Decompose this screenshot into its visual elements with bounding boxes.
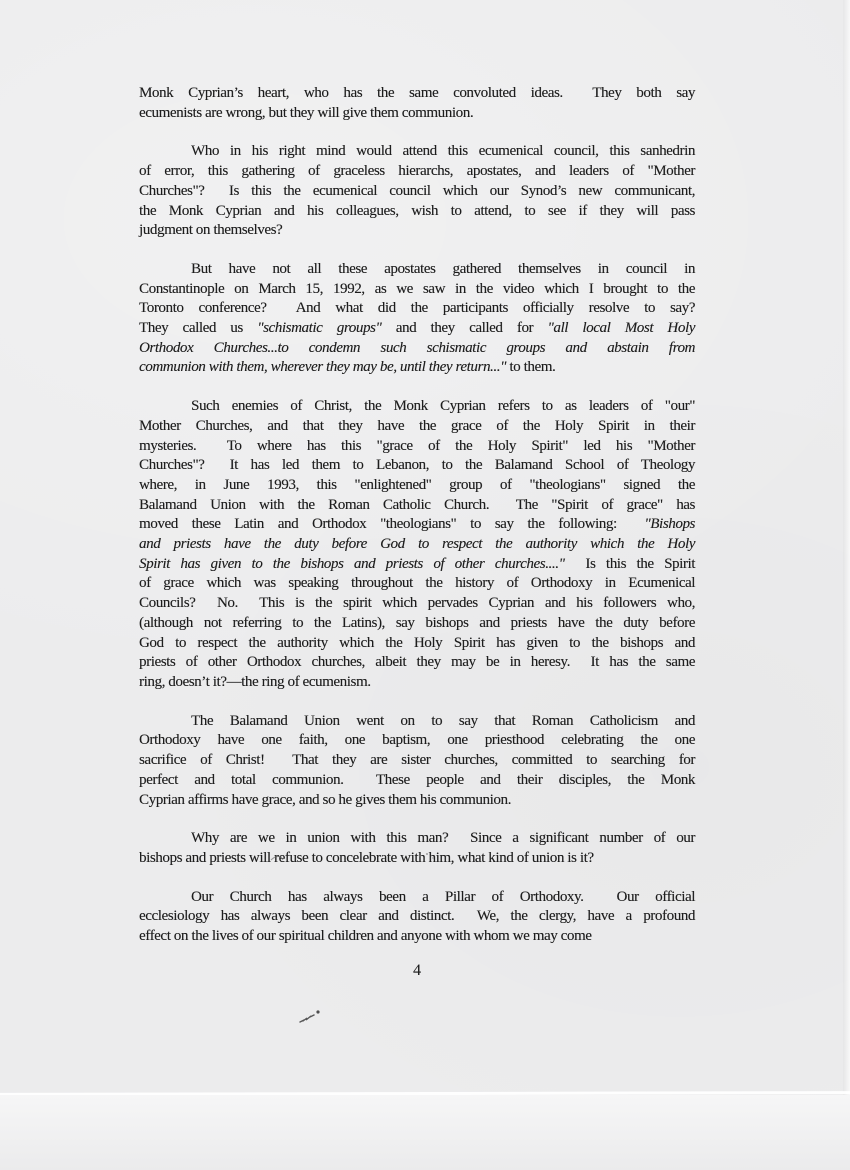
text-line: the Monk Cyprian and his colleagues, wis… (139, 202, 695, 222)
quoted-italic-text: "Bishops (644, 516, 695, 532)
quoted-italic-text: communion with them, wherever they may b… (139, 359, 506, 375)
quoted-italic-text: "schismatic groups" (257, 320, 381, 336)
text-line: Mother Churches, and that they have the … (139, 417, 695, 437)
body-text: Monk Cyprian’s heart, who has the same c… (139, 85, 695, 101)
text-line: (although not referring to the Latins), … (139, 614, 695, 634)
paragraph: Such enemies of Christ, the Monk Cyprian… (139, 397, 695, 693)
text-line: ring, doesn’t it?—the ring of ecumenism. (139, 673, 695, 693)
body-text: ring, doesn’t it?—the ring of ecumenism. (139, 674, 371, 690)
body-text: of error, this gathering of graceless hi… (139, 163, 695, 179)
body-text: But have not all these apostates gathere… (191, 261, 695, 277)
text-line: Churches"? Is this the ecumenical counci… (139, 182, 695, 202)
body-text: They called us (139, 320, 257, 336)
paragraph: Monk Cyprian’s heart, who has the same c… (139, 84, 695, 123)
text-line: mysteries. To where has this "grace of t… (139, 437, 695, 457)
text-line: God to respect the authority which the H… (139, 634, 695, 654)
text-line: Constantinople on March 15, 1992, as we … (139, 280, 695, 300)
text-line: Cyprian affirms have grace, and so he gi… (139, 791, 695, 811)
body-text: the Monk Cyprian and his colleagues, wis… (139, 203, 695, 219)
text-line: judgment on themselves? (139, 221, 695, 241)
body-text: God to respect the authority which the H… (139, 635, 695, 651)
body-text: Toronto conference? And what did the par… (139, 300, 695, 316)
text-line: ecumenists are wrong, but they will give… (139, 104, 695, 124)
body-text: (although not referring to the Latins), … (139, 615, 695, 631)
body-text: judgment on themselves? (139, 222, 282, 238)
body-text: mysteries. To where has this "grace of t… (139, 438, 695, 454)
text-line: But have not all these apostates gathere… (139, 260, 695, 280)
body-text: Why are we in union with this man? Since… (191, 830, 695, 846)
body-text: where, in June 1993, this "enlightened" … (139, 477, 695, 493)
text-line: Who in his right mind would attend this … (139, 142, 695, 162)
body-text: Mother Churches, and that they have the … (139, 418, 695, 434)
text-block: Monk Cyprian’s heart, who has the same c… (139, 84, 695, 947)
body-text: Councils? No. This is the spirit which p… (139, 595, 695, 611)
text-line: moved these Latin and Orthodox "theologi… (139, 515, 695, 535)
quoted-italic-text: and priests have the duty before God to … (139, 536, 695, 552)
body-text: sacrifice of Christ! That they are siste… (139, 752, 695, 768)
body-text: Is this the Spirit (565, 556, 696, 572)
body-text: Churches"? It has led them to Lebanon, t… (139, 457, 695, 473)
body-text: Orthodoxy have one faith, one baptism, o… (139, 732, 695, 748)
text-line: effect on the lives of our spiritual chi… (139, 927, 695, 947)
text-line: Churches"? It has led them to Lebanon, t… (139, 456, 695, 476)
body-text: to them. (506, 359, 555, 375)
paragraph: Who in his right mind would attend this … (139, 142, 695, 241)
text-line: Orthodoxy have one faith, one baptism, o… (139, 731, 695, 751)
paragraph: Our Church has always been a Pillar of O… (139, 888, 695, 947)
quoted-italic-text: "all local Most Holy (547, 320, 695, 336)
text-line: of grace which was speaking throughout t… (139, 574, 695, 594)
text-line: ecclesiology has always been clear and d… (139, 907, 695, 927)
body-text: priests of other Orthodox churches, albe… (139, 654, 695, 670)
body-text: Cyprian affirms have grace, and so he gi… (139, 792, 511, 808)
body-text: Balamand Union with the Roman Catholic C… (139, 497, 695, 513)
body-text: of grace which was speaking throughout t… (139, 575, 695, 591)
text-line: communion with them, wherever they may b… (139, 358, 695, 378)
paragraph: But have not all these apostates gathere… (139, 260, 695, 378)
body-text: ecclesiology has always been clear and d… (139, 908, 695, 924)
text-line: Spirit has given to the bishops and prie… (139, 555, 695, 575)
scanner-background (0, 1095, 850, 1170)
body-text: Our Church has always been a Pillar of O… (191, 889, 695, 905)
text-line: Why are we in union with this man? Since… (139, 829, 695, 849)
quoted-italic-text: Spirit has given to the bishops and prie… (139, 556, 565, 572)
text-line: where, in June 1993, this "enlightened" … (139, 476, 695, 496)
body-text: Such enemies of Christ, the Monk Cyprian… (191, 398, 695, 414)
text-line: The Balamand Union went on to say that R… (139, 712, 695, 732)
body-text: Churches"? Is this the ecumenical counci… (139, 183, 695, 199)
text-line: Orthodox Churches...to condemn such schi… (139, 339, 695, 359)
text-line: Such enemies of Christ, the Monk Cyprian… (139, 397, 695, 417)
text-line: Our Church has always been a Pillar of O… (139, 888, 695, 908)
text-line: priests of other Orthodox churches, albe… (139, 653, 695, 673)
body-text: ecumenists are wrong, but they will give… (139, 105, 473, 121)
text-line: of error, this gathering of graceless hi… (139, 162, 695, 182)
pen-mark (297, 1004, 327, 1026)
paragraph: The Balamand Union went on to say that R… (139, 712, 695, 811)
text-line: perfect and total communion. These peopl… (139, 771, 695, 791)
text-line: Councils? No. This is the spirit which p… (139, 594, 695, 614)
body-text: bishops and priests will refuse to conce… (139, 850, 594, 866)
body-text: perfect and total communion. These peopl… (139, 772, 695, 788)
quoted-italic-text: Orthodox Churches...to condemn such schi… (139, 340, 695, 356)
text-line: sacrifice of Christ! That they are siste… (139, 751, 695, 771)
body-text: Constantinople on March 15, 1992, as we … (139, 281, 695, 297)
paper-right-edge (843, 0, 850, 1096)
text-line: Toronto conference? And what did the par… (139, 299, 695, 319)
body-text: and they called for (381, 320, 547, 336)
body-text: moved these Latin and Orthodox "theologi… (139, 516, 644, 532)
text-line: They called us "schismatic groups" and t… (139, 319, 695, 339)
text-line: Monk Cyprian’s heart, who has the same c… (139, 84, 695, 104)
body-text: Who in his right mind would attend this … (191, 143, 695, 159)
text-line: Balamand Union with the Roman Catholic C… (139, 496, 695, 516)
body-text: The Balamand Union went on to say that R… (191, 713, 695, 729)
text-line: and priests have the duty before God to … (139, 535, 695, 555)
photocopy-dots (416, 851, 440, 867)
photocopy-smudge (268, 852, 292, 864)
page-number: 4 (139, 962, 695, 980)
body-text: effect on the lives of our spiritual chi… (139, 928, 592, 944)
